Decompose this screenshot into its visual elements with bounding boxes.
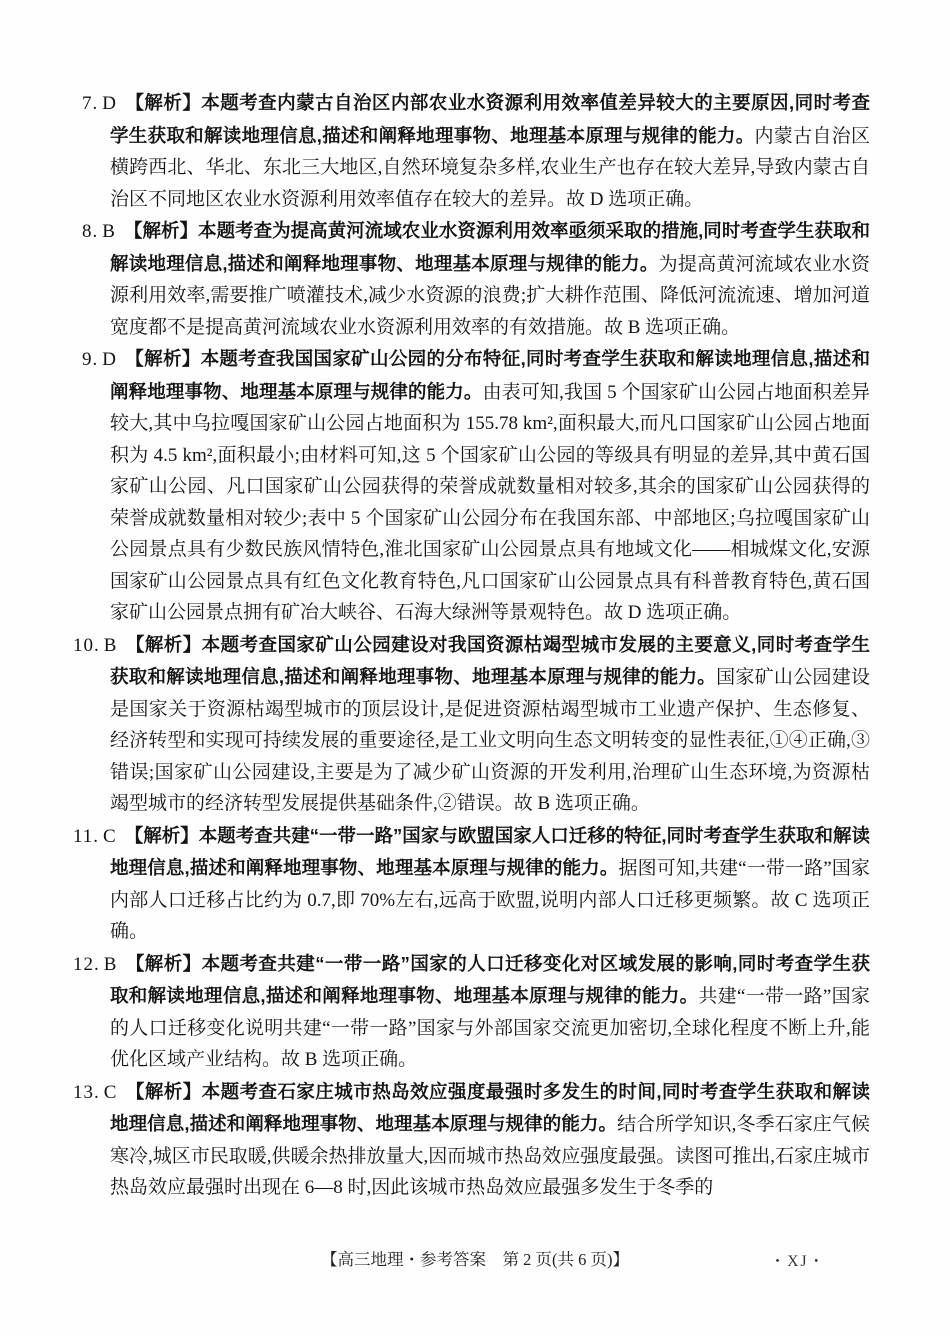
answer-letter: D — [102, 349, 116, 370]
answer-item-10: 10.B【解析】本题考查国家矿山公园建设对我国资源枯竭型城市发展的主要意义,同时… — [110, 629, 870, 820]
answer-letter: D — [102, 93, 116, 114]
answer-letter: B — [104, 954, 117, 975]
answer-list: 7.D【解析】本题考查内蒙古自治区内部农业水资源利用效率值差异较大的主要原因,同… — [110, 87, 870, 1204]
answer-item-8: 8.B【解析】本题考查为提高黄河流域农业水资源利用效率亟须采取的措施,同时考查学… — [110, 215, 870, 343]
question-number: 11. — [73, 826, 99, 847]
scanned-answer-page: 7.D【解析】本题考查内蒙古自治区内部农业水资源利用效率值差异较大的主要原因,同… — [0, 0, 950, 1336]
question-number: 7. — [82, 93, 98, 114]
answer-item-12: 12.B【解析】本题考查共建“一带一路”国家的人口迁移变化对区域发展的影响,同时… — [110, 948, 870, 1076]
answer-item-9: 9.D【解析】本题考查我国国家矿山公园的分布特征,同时考查学生获取和解读地理信息… — [110, 343, 870, 629]
question-number: 12. — [73, 954, 100, 975]
answer-item-7: 7.D【解析】本题考查内蒙古自治区内部农业水资源利用效率值差异较大的主要原因,同… — [110, 87, 870, 215]
answer-letter: C — [103, 826, 116, 847]
answer-item-13: 13.C【解析】本题考查石家庄城市热岛效应强度最强时多发生的时间,同时考查学生获… — [110, 1076, 870, 1204]
question-number: 10. — [73, 635, 100, 656]
question-number: 9. — [82, 349, 98, 370]
footer-edition-code: ・XJ・ — [770, 1249, 826, 1271]
question-number: 8. — [82, 221, 98, 242]
page-footer: 【高三地理・参考答案 第 2 页(共 6 页)】 ・XJ・ — [0, 1246, 950, 1270]
question-number: 13. — [73, 1082, 100, 1103]
answer-item-11: 11.C【解析】本题考查共建“一带一路”国家与欧盟国家人口迁移的特征,同时考查学… — [110, 820, 870, 948]
analysis-body: 国家矿山公园建设是国家关于资源枯竭型城市的顶层设计,是促进资源枯竭型城市工业遗产… — [110, 667, 870, 814]
answer-letter: B — [104, 635, 117, 656]
answer-letter: B — [102, 221, 115, 242]
analysis-body: 由表可知,我国 5 个国家矿山公园占地面积差异较大,其中乌拉嘎国家矿山公园占地面… — [110, 382, 870, 624]
answer-letter: C — [104, 1082, 117, 1103]
